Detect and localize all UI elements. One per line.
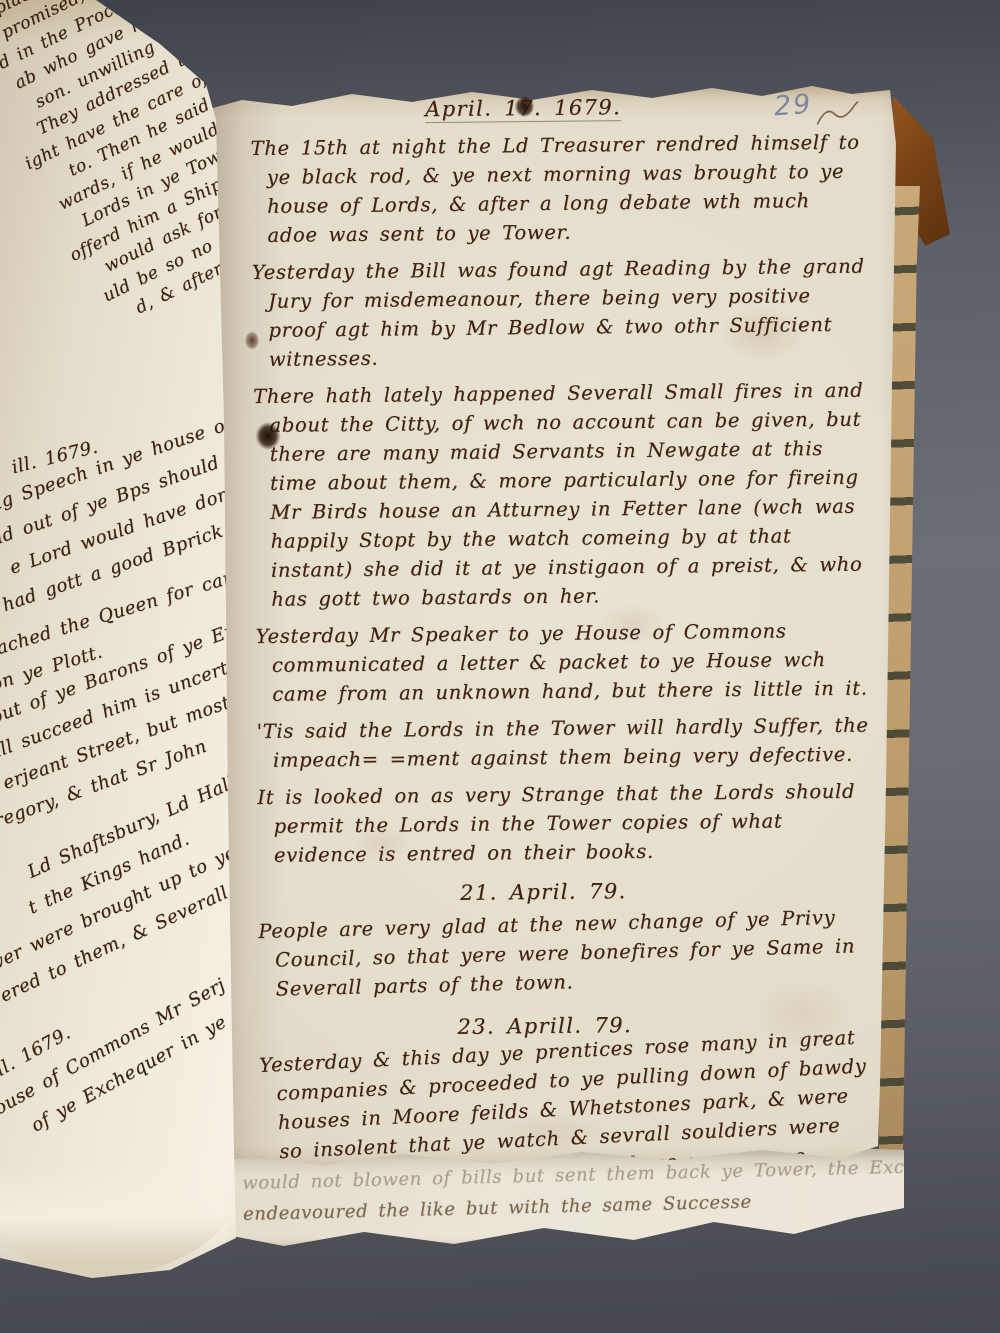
journal-entries: April. 17. 1679. The 15th at night the L… xyxy=(250,90,876,1262)
journal-paragraph-impeachment: 'Tis said the Lords in the Tower will ha… xyxy=(257,711,872,775)
page-curl xyxy=(0,1168,240,1278)
folio-number-text: 29 xyxy=(773,89,813,123)
journal-paragraph-evidence-copies: It is looked on as very Strange that the… xyxy=(257,777,872,870)
journal-paragraph-fires: There hath lately happened Severall Smal… xyxy=(253,376,869,614)
ink-blot-margin xyxy=(243,329,261,352)
manuscript-photo: would not blowen of bills but sent them … xyxy=(0,0,1000,1333)
left-page: mighty of what heor placed, gett Some to… xyxy=(0,0,238,1333)
right-page: April. 17. 1679. The 15th at night the L… xyxy=(202,84,908,1176)
ink-flourish-icon xyxy=(814,99,862,130)
ink-blot-paragraph xyxy=(252,418,284,454)
ink-blot-on-date xyxy=(512,93,537,120)
journal-paragraph-speaker-letter: Yesterday Mr Speaker to ye House of Comm… xyxy=(256,616,871,709)
folio-number: 29 xyxy=(773,89,813,123)
journal-paragraph-reading-bill: Yesterday the Bill was found agt Reading… xyxy=(252,252,867,374)
journal-paragraph-privy-council: People are very glad at the new change o… xyxy=(258,902,874,1004)
faded-manuscript-text: would not blowen of bills but sent them … xyxy=(242,1152,883,1230)
date-heading-april-21: 21. April. 79. xyxy=(460,878,627,906)
journal-paragraph-treasurer: The 15th at night the Ld Treasurer rendr… xyxy=(250,128,865,250)
